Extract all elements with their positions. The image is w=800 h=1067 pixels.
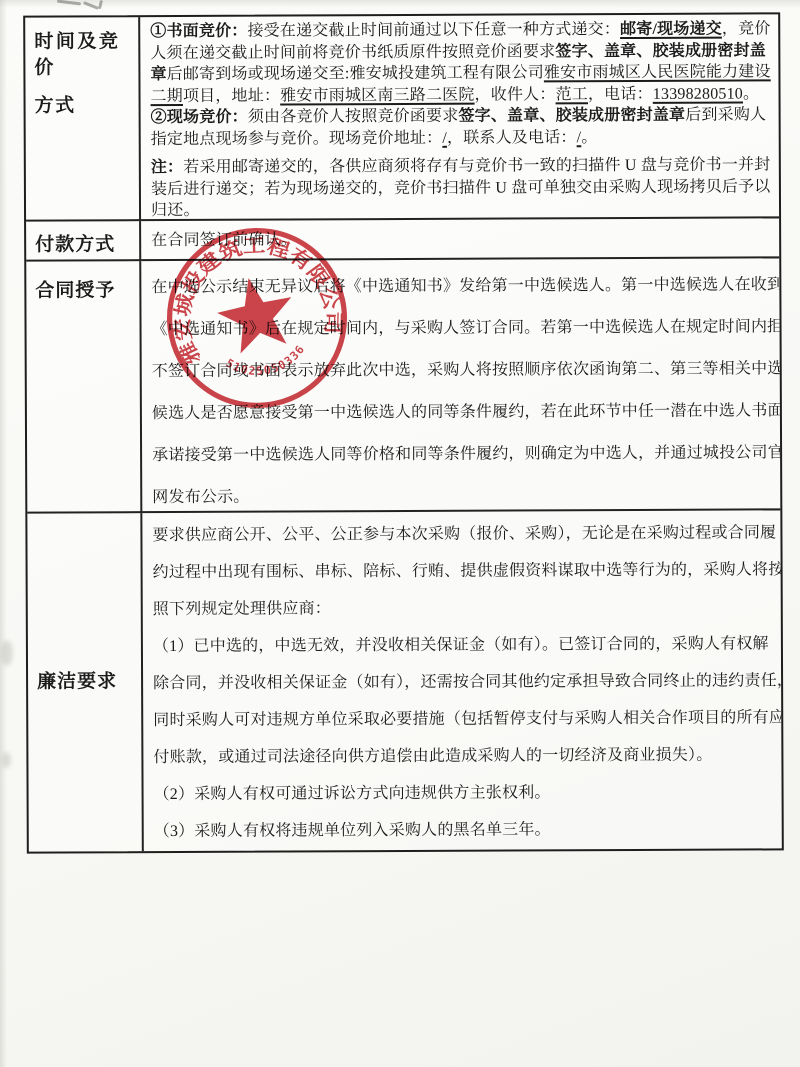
- text-line: ①书面竞价：接受在递交截止时间前通过以下任意一种方式递交：邮寄/现场递交，竞价: [150, 18, 772, 42]
- text-line: 在合同签订前确认。: [151, 227, 773, 252]
- cell-bidding-method-content: ①书面竞价：接受在递交截止时间前通过以下任意一种方式递交：邮寄/现场递交，竞价人…: [140, 14, 779, 221]
- text-line: 《中选通知书》后在规定时间内，与采购人签订合同。若第一中选候选人在规定时间内拒: [151, 306, 773, 351]
- text-line: 要求供应商公开、公平、公正参与本次采购（报价、采购），无论是在采购过程或合同履: [152, 514, 774, 554]
- text-line: 归还。: [151, 197, 773, 221]
- text-line: 付账款，或通过司法途径向供方追偿由此造成采购人的一切经济及商业损失）。: [153, 736, 775, 776]
- label-text: 付款方式: [35, 232, 135, 258]
- scanned-page: 时间及竞价 方式 ①书面竞价：接受在递交截止时间前通过以下任意一种方式递交：邮寄…: [0, 0, 800, 1067]
- scan-artifact: [57, 0, 81, 5]
- scan-artifact: [83, 1, 99, 9]
- row-label-payment-method: 付款方式: [26, 221, 141, 262]
- cell-payment-method-content: 在合同签订前确认。: [141, 218, 779, 261]
- text-line: 同时采购人可对违规方单位采取必要措施（包括暂停支付与采购人相关合作项目的所有应: [153, 699, 775, 739]
- text-line: （1）已中选的，中选无效，并没收相关保证金（如有）。已签订合同的，采购人有权解: [153, 625, 775, 665]
- text-line: 承诺接受第一中选候选人同等价格和同等条件履约，则确定为中选人，并通过城投公司官: [152, 432, 774, 477]
- label-text: 时间及竞价: [34, 29, 134, 81]
- text-line: 指定地点现场参与竞价。现场竞价地址：/，联系人及电话：/。: [151, 126, 773, 150]
- text-line: ②现场竞价：须由各竞价人按照竞价函要求签字、盖章、胶装成册密封盖章后到采购人: [151, 104, 773, 128]
- scan-artifact: [98, 0, 103, 9]
- text-line: 装后进行递交；若为现场递交的，竞价书扫描件 U 盘可单独交由采购人现场拷贝后予以: [151, 176, 773, 200]
- text-line: 候选人是否愿意接受第一中选候选人的同等条件履约，若在此环节中任一潜在中选人书面: [152, 390, 774, 435]
- text-line: 照下列规定处理供应商：: [153, 588, 775, 628]
- text-line: （3）采购人有权将违规单位列入采购人的黑名单三年。: [154, 810, 776, 850]
- label-text: 廉洁要求: [37, 669, 117, 695]
- label-text: 合同授予: [35, 278, 135, 304]
- text-line: 不签订合同或书面表示放弃此次中选，采购人将按照顺序依次函询第二、第三等相关中选: [152, 348, 774, 393]
- text-line: （2）采购人有权可通过诉讼方式向违规供方主张权利。: [153, 773, 775, 813]
- scan-smudge: [2, 752, 11, 768]
- scan-smudge: [1, 640, 13, 666]
- row-label-integrity-requirements: 廉洁要求: [27, 513, 143, 851]
- text-line: 约过程中出现有围标、串标、陪标、行贿、提供虚假资料谋取中选等行为的，采购人将按: [153, 551, 775, 591]
- text-line: 网发布公示。: [152, 474, 774, 513]
- row-label-contract-award: 合同授予: [26, 261, 142, 513]
- cell-integrity-requirements-content: 要求供应商公开、公平、公正参与本次采购（报价、采购），无论是在采购过程或合同履约…: [142, 510, 781, 851]
- text-line: 除合同，并没收相关保证金（如有），还需按合同其他约定承担导致合同终止的违约责任，: [153, 662, 775, 702]
- text-line: 人须在递交截止时间前将竞价书纸质原件按照竞价函要求签字、盖章、胶装成册密封盖: [150, 40, 772, 64]
- text-line: 在中选公示结束无异议后将《中选通知书》发给第一中选候选人。第一中选候选人在收到: [151, 264, 773, 309]
- document-table: 时间及竞价 方式 ①书面竞价：接受在递交截止时间前通过以下任意一种方式递交：邮寄…: [23, 12, 784, 853]
- row-label-time-and-bidding-method: 时间及竞价 方式: [25, 17, 141, 221]
- label-text: 方式: [35, 93, 135, 119]
- text-line: 注：若采用邮寄递交的，各供应商须将存有与竞价书一致的扫描件 U 盘与竞价书一并封: [151, 154, 773, 178]
- cell-contract-award-content: 在中选公示结束无异议后将《中选通知书》发给第一中选候选人。第一中选候选人在收到《…: [141, 258, 780, 513]
- text-line: 二期项目，地址：雅安市雨城区南三路二医院，收件人：范工，电话：133982805…: [150, 83, 772, 107]
- text-line: 章后邮寄到场或现场递交至:雅安城投建筑工程有限公司雅安市雨城区人民医院能力建设: [150, 61, 772, 85]
